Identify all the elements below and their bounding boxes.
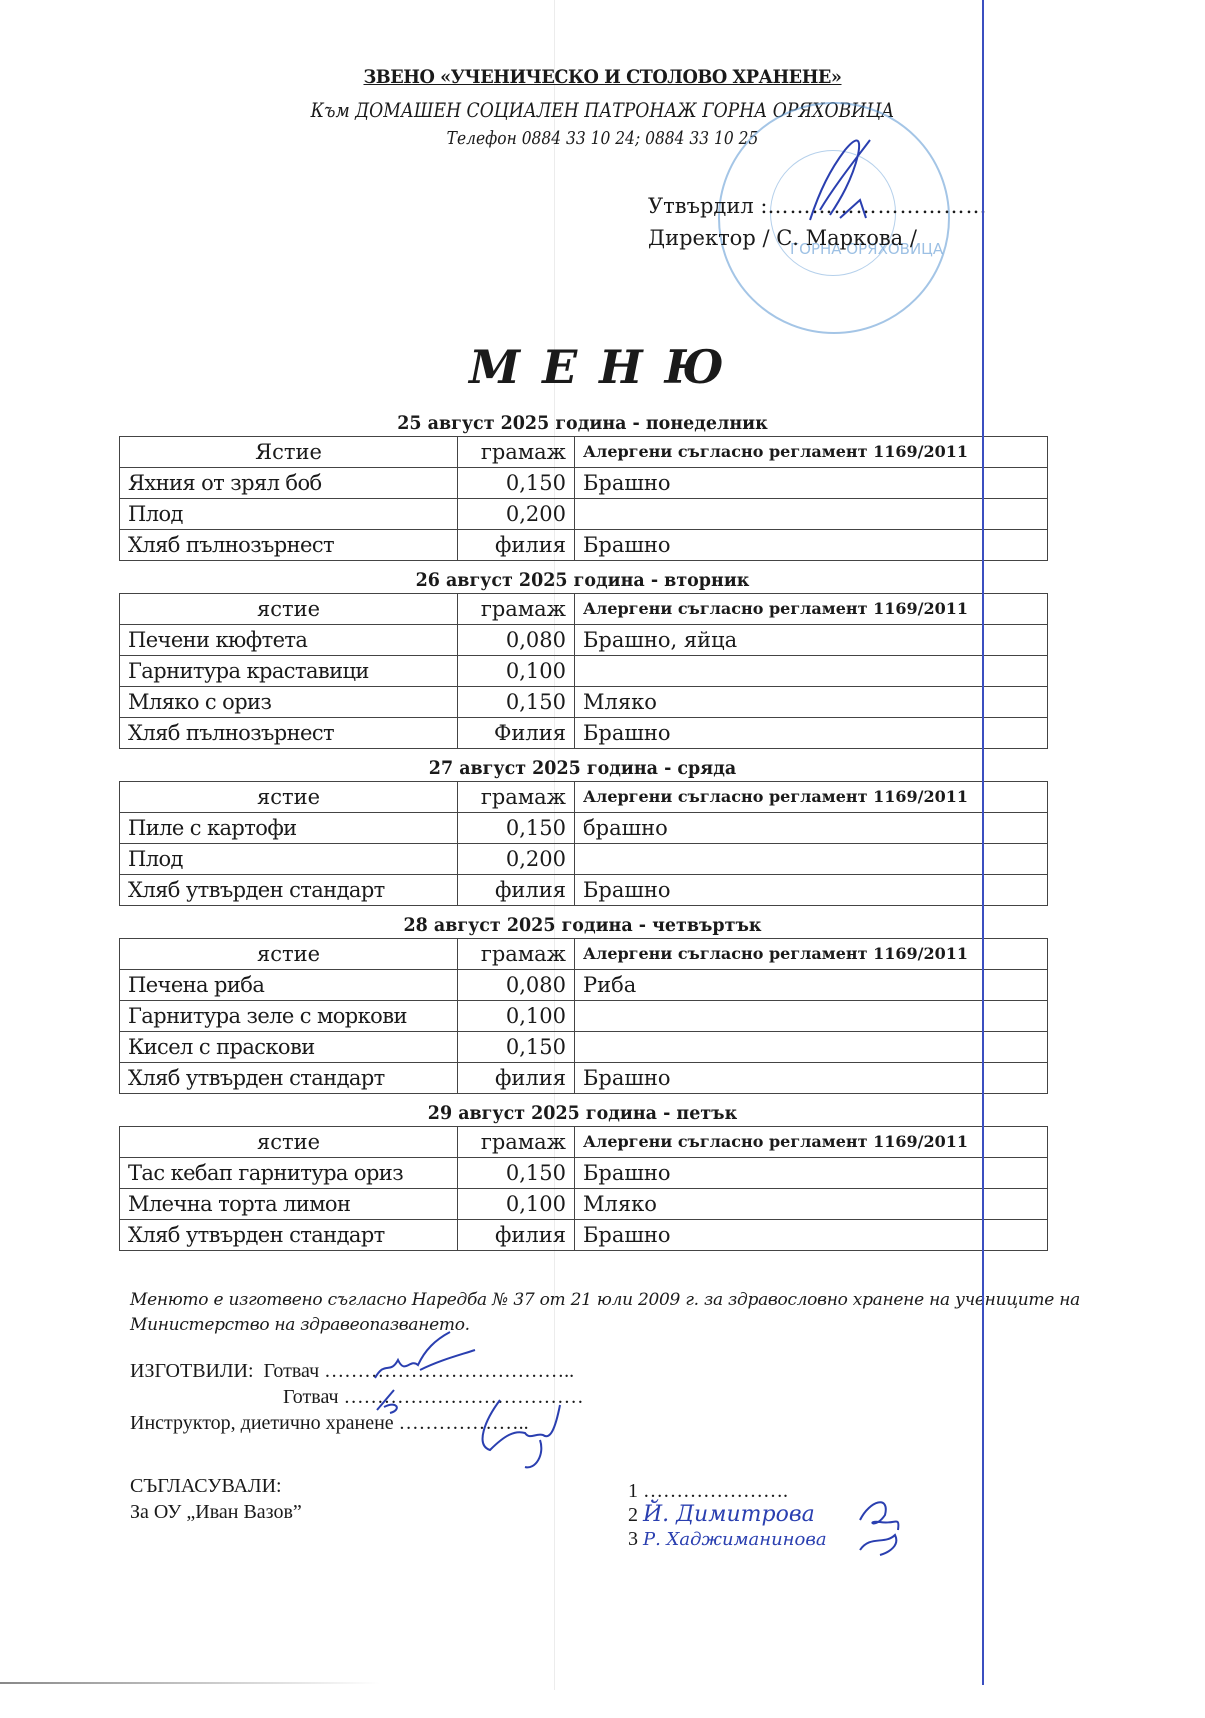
table-row: Пиле с картофи0,150брашно xyxy=(120,813,1048,844)
table-row: Мляко с ориз0,150Мляко xyxy=(120,687,1048,718)
column-header-dish: ястие xyxy=(120,782,458,813)
dish-cell: Пиле с картофи xyxy=(120,813,458,844)
column-header-allergens: Алергени съгласно регламент 1169/2011 xyxy=(575,782,1048,813)
grams-cell: 0,150 xyxy=(458,1158,575,1189)
table-row: Хляб утвърден стандартфилияБрашно xyxy=(120,875,1048,906)
dish-cell: Яхния от зрял боб xyxy=(120,468,458,499)
grams-cell: 0,150 xyxy=(458,813,575,844)
school-name: За ОУ „Иван Вазов” xyxy=(130,1499,302,1525)
instructor-signature xyxy=(465,1395,575,1475)
table-row: Гарнитура краставици0,100 xyxy=(120,656,1048,687)
grams-cell: 0,150 xyxy=(458,687,575,718)
table-row: Яхния от зрял боб0,150Брашно xyxy=(120,468,1048,499)
table-header-row: ястиеграмажАлергени съгласно регламент 1… xyxy=(120,782,1048,813)
dish-cell: Хляб утвърден стандарт xyxy=(120,1063,458,1094)
agreed-block: СЪГЛАСУВАЛИ: За ОУ „Иван Вазов” xyxy=(130,1473,302,1525)
dish-cell: Хляб пълнозърнест xyxy=(120,530,458,561)
allergens-cell: Брашно xyxy=(575,530,1048,561)
scan-edge-line xyxy=(0,1682,380,1684)
dish-cell: Хляб пълнозърнест xyxy=(120,718,458,749)
column-header-dish: ястие xyxy=(120,594,458,625)
day-heading: 29 август 2025 година - петък xyxy=(156,1102,1009,1124)
organization-phone: Телефон 0884 33 10 24; 0884 33 10 25 xyxy=(84,128,1120,149)
cook2-signature xyxy=(372,1385,412,1415)
grams-cell: Филия xyxy=(458,718,575,749)
table-row: Хляб пълнозърнестФилияБрашно xyxy=(120,718,1048,749)
allergens-cell: Брашно, яйца xyxy=(575,625,1048,656)
dish-cell: Гарнитура зеле с моркови xyxy=(120,1001,458,1032)
table-row: Кисел с праскови0,150 xyxy=(120,1032,1048,1063)
column-header-grams: грамаж xyxy=(458,939,575,970)
grams-cell: филия xyxy=(458,875,575,906)
table-row: Печени кюфтета0,080Брашно, яйца xyxy=(120,625,1048,656)
column-header-allergens: Алергени съгласно регламент 1169/2011 xyxy=(575,1127,1048,1158)
allergens-cell xyxy=(575,499,1048,530)
column-header-grams: грамаж xyxy=(458,437,575,468)
day-heading: 26 август 2025 година - вторник xyxy=(156,569,1009,591)
dish-cell: Плод xyxy=(120,499,458,530)
regulation-note: Менюто е изготвено съгласно Наредба № 37… xyxy=(130,1288,1080,1338)
table-row: Тас кебап гарнитура ориз0,150Брашно xyxy=(120,1158,1048,1189)
day-menu-table: ястиеграмажАлергени съгласно регламент 1… xyxy=(119,938,1048,1094)
allergens-cell: Брашно xyxy=(575,875,1048,906)
day-menu-table: ЯстиеграмажАлергени съгласно регламент 1… xyxy=(119,436,1048,561)
column-header-allergens: Алергени съгласно регламент 1169/2011 xyxy=(575,594,1048,625)
column-header-grams: грамаж xyxy=(458,782,575,813)
dish-cell: Печени кюфтета xyxy=(120,625,458,656)
scan-margin-line xyxy=(982,0,984,1685)
signer-3-handwritten: Р. Хаджиманинова xyxy=(643,1529,827,1550)
column-header-allergens: Алергени съгласно регламент 1169/2011 xyxy=(575,939,1048,970)
prepared-label: ИЗГОТВИЛИ: xyxy=(130,1360,254,1382)
dish-cell: Хляб утвърден стандарт xyxy=(120,1220,458,1251)
table-row: Хляб утвърден стандартфилияБрашно xyxy=(120,1220,1048,1251)
dish-cell: Млечна торта лимон xyxy=(120,1189,458,1220)
grams-cell: 0,200 xyxy=(458,499,575,530)
column-header-grams: грамаж xyxy=(458,1127,575,1158)
agreed-signers: 1 …………………. 2 Й. Димитрова 3 Р. Хаджимани… xyxy=(628,1479,827,1552)
grams-cell: 0,080 xyxy=(458,625,575,656)
day-menu-table: ястиеграмажАлергени съгласно регламент 1… xyxy=(119,781,1048,906)
allergens-cell: Мляко xyxy=(575,1189,1048,1220)
organization-title: ЗВЕНО «УЧЕНИЧЕСКО И СТОЛОВО ХРАНЕНЕ» xyxy=(42,66,1163,88)
organization-subtitle: Към ДОМАШЕН СОЦИАЛЕН ПАТРОНАЖ ГОРНА ОРЯХ… xyxy=(84,98,1120,122)
grams-cell: 0,080 xyxy=(458,970,575,1001)
table-header-row: ястиеграмажАлергени съгласно регламент 1… xyxy=(120,594,1048,625)
signer-2-handwritten: Й. Димитрова xyxy=(643,1502,815,1527)
allergens-cell xyxy=(575,1032,1048,1063)
approved-label: Утвърдил : xyxy=(648,194,767,218)
allergens-cell: Брашно xyxy=(575,1158,1048,1189)
dish-cell: Плод xyxy=(120,844,458,875)
dish-cell: Гарнитура краставици xyxy=(120,656,458,687)
dish-cell: Кисел с праскови xyxy=(120,1032,458,1063)
dish-cell: Тас кебап гарнитура ориз xyxy=(120,1158,458,1189)
grams-cell: 0,100 xyxy=(458,1189,575,1220)
director-signature xyxy=(800,130,880,230)
table-row: Хляб пълнозърнестфилияБрашно xyxy=(120,530,1048,561)
cook1-signature xyxy=(370,1330,480,1390)
dish-cell: Хляб утвърден стандарт xyxy=(120,875,458,906)
table-header-row: ЯстиеграмажАлергени съгласно регламент 1… xyxy=(120,437,1048,468)
grams-cell: 0,150 xyxy=(458,1032,575,1063)
agreed-label: СЪГЛАСУВАЛИ: xyxy=(130,1473,302,1499)
day-heading: 25 август 2025 година - понеделник xyxy=(156,412,1009,434)
table-header-row: ястиеграмажАлергени съгласно регламент 1… xyxy=(120,1127,1048,1158)
table-row: Плод0,200 xyxy=(120,499,1048,530)
signer-2: 2 Й. Димитрова xyxy=(628,1503,827,1527)
allergens-cell: брашно xyxy=(575,813,1048,844)
grams-cell: филия xyxy=(458,1063,575,1094)
grams-cell: филия xyxy=(458,530,575,561)
grams-cell: 0,100 xyxy=(458,1001,575,1032)
grams-cell: 0,150 xyxy=(458,468,575,499)
table-row: Хляб утвърден стандартфилияБрашно xyxy=(120,1063,1048,1094)
allergens-cell: Брашно xyxy=(575,468,1048,499)
allergens-cell: Риба xyxy=(575,970,1048,1001)
allergens-cell xyxy=(575,1001,1048,1032)
allergens-cell xyxy=(575,656,1048,687)
column-header-dish: Ястие xyxy=(120,437,458,468)
allergens-cell: Брашно xyxy=(575,718,1048,749)
day-heading: 28 август 2025 година - четвъртък xyxy=(156,914,1009,936)
table-row: Печена риба0,080Риба xyxy=(120,970,1048,1001)
allergens-cell: Брашно xyxy=(575,1220,1048,1251)
dish-cell: Печена риба xyxy=(120,970,458,1001)
table-row: Млечна торта лимон0,100Мляко xyxy=(120,1189,1048,1220)
column-header-allergens: Алергени съгласно регламент 1169/2011 xyxy=(575,437,1048,468)
day-heading: 27 август 2025 година - сряда xyxy=(156,757,1009,779)
signer-initials xyxy=(850,1490,910,1560)
day-menu-table: ястиеграмажАлергени съгласно регламент 1… xyxy=(119,1126,1048,1251)
grams-cell: 0,200 xyxy=(458,844,575,875)
grams-cell: филия xyxy=(458,1220,575,1251)
allergens-cell xyxy=(575,844,1048,875)
dish-cell: Мляко с ориз xyxy=(120,687,458,718)
column-header-dish: ястие xyxy=(120,939,458,970)
signer-1: 1 …………………. xyxy=(628,1479,827,1503)
allergens-cell: Мляко xyxy=(575,687,1048,718)
day-menu-table: ястиеграмажАлергени съгласно регламент 1… xyxy=(119,593,1048,749)
menu-title: МЕНЮ xyxy=(0,340,1205,394)
signer-3: 3 Р. Хаджиманинова xyxy=(628,1527,827,1552)
table-header-row: ястиеграмажАлергени съгласно регламент 1… xyxy=(120,939,1048,970)
table-row: Гарнитура зеле с моркови0,100 xyxy=(120,1001,1048,1032)
grams-cell: 0,100 xyxy=(458,656,575,687)
column-header-dish: ястие xyxy=(120,1127,458,1158)
table-row: Плод0,200 xyxy=(120,844,1048,875)
allergens-cell: Брашно xyxy=(575,1063,1048,1094)
column-header-grams: грамаж xyxy=(458,594,575,625)
